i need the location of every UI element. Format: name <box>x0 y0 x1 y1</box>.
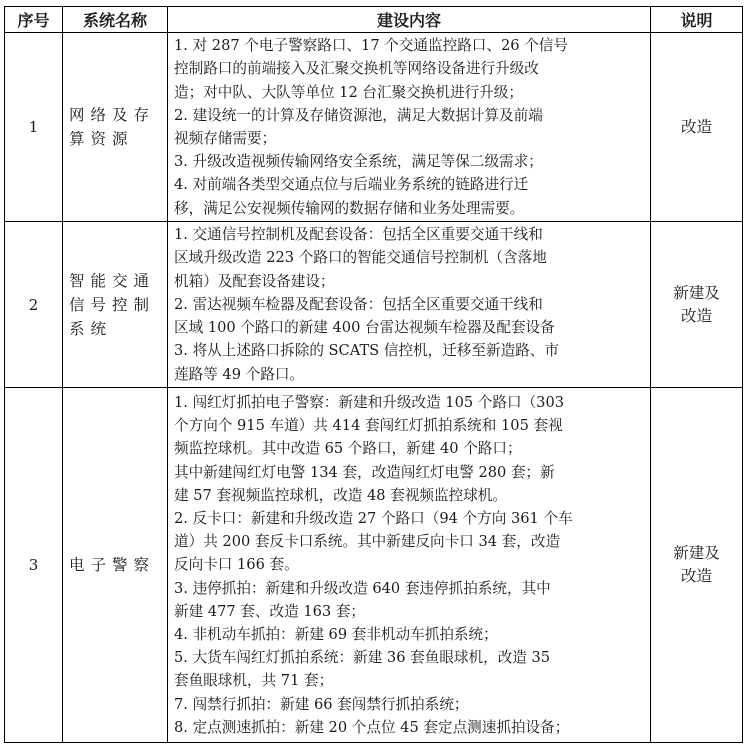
row-content: 1. 交通信号控制机及配套设备：包括全区重要交通干线和 区域升级改造 223 个… <box>168 222 651 388</box>
row-note: 新建及 改造 <box>651 222 743 388</box>
row-content: 1. 闯红灯抓拍电子警察：新建和升级改造 105 个路口（303 个方向个 91… <box>168 388 651 743</box>
row-system-name: 网络及存 算资源 <box>63 33 168 222</box>
row-seq: 1 <box>5 33 63 222</box>
row-note: 改造 <box>651 33 743 222</box>
row-system-name: 智能交通 信号控制 系统 <box>63 222 168 388</box>
table-row: 2 智能交通 信号控制 系统 1. 交通信号控制机及配套设备：包括全区重要交通干… <box>5 222 743 388</box>
header-row: 序号 系统名称 建设内容 说明 <box>5 7 743 33</box>
table-row: 1 网络及存 算资源 1. 对 287 个电子警察路口、17 个交通监控路口、2… <box>5 33 743 222</box>
header-content: 建设内容 <box>168 7 651 33</box>
row-system-name: 电子警察 <box>63 388 168 743</box>
row-seq: 2 <box>5 222 63 388</box>
row-content: 1. 对 287 个电子警察路口、17 个交通监控路口、26 个信号 控制路口的… <box>168 33 651 222</box>
row-seq: 3 <box>5 388 63 743</box>
header-seq: 序号 <box>5 7 63 33</box>
header-system-name: 系统名称 <box>63 7 168 33</box>
row-note: 新建及 改造 <box>651 388 743 743</box>
construction-content-table: 序号 系统名称 建设内容 说明 1 网络及存 算资源 1. 对 287 个电子警… <box>4 6 743 743</box>
header-note: 说明 <box>651 7 743 33</box>
table-row: 3 电子警察 1. 闯红灯抓拍电子警察：新建和升级改造 105 个路口（303 … <box>5 388 743 743</box>
